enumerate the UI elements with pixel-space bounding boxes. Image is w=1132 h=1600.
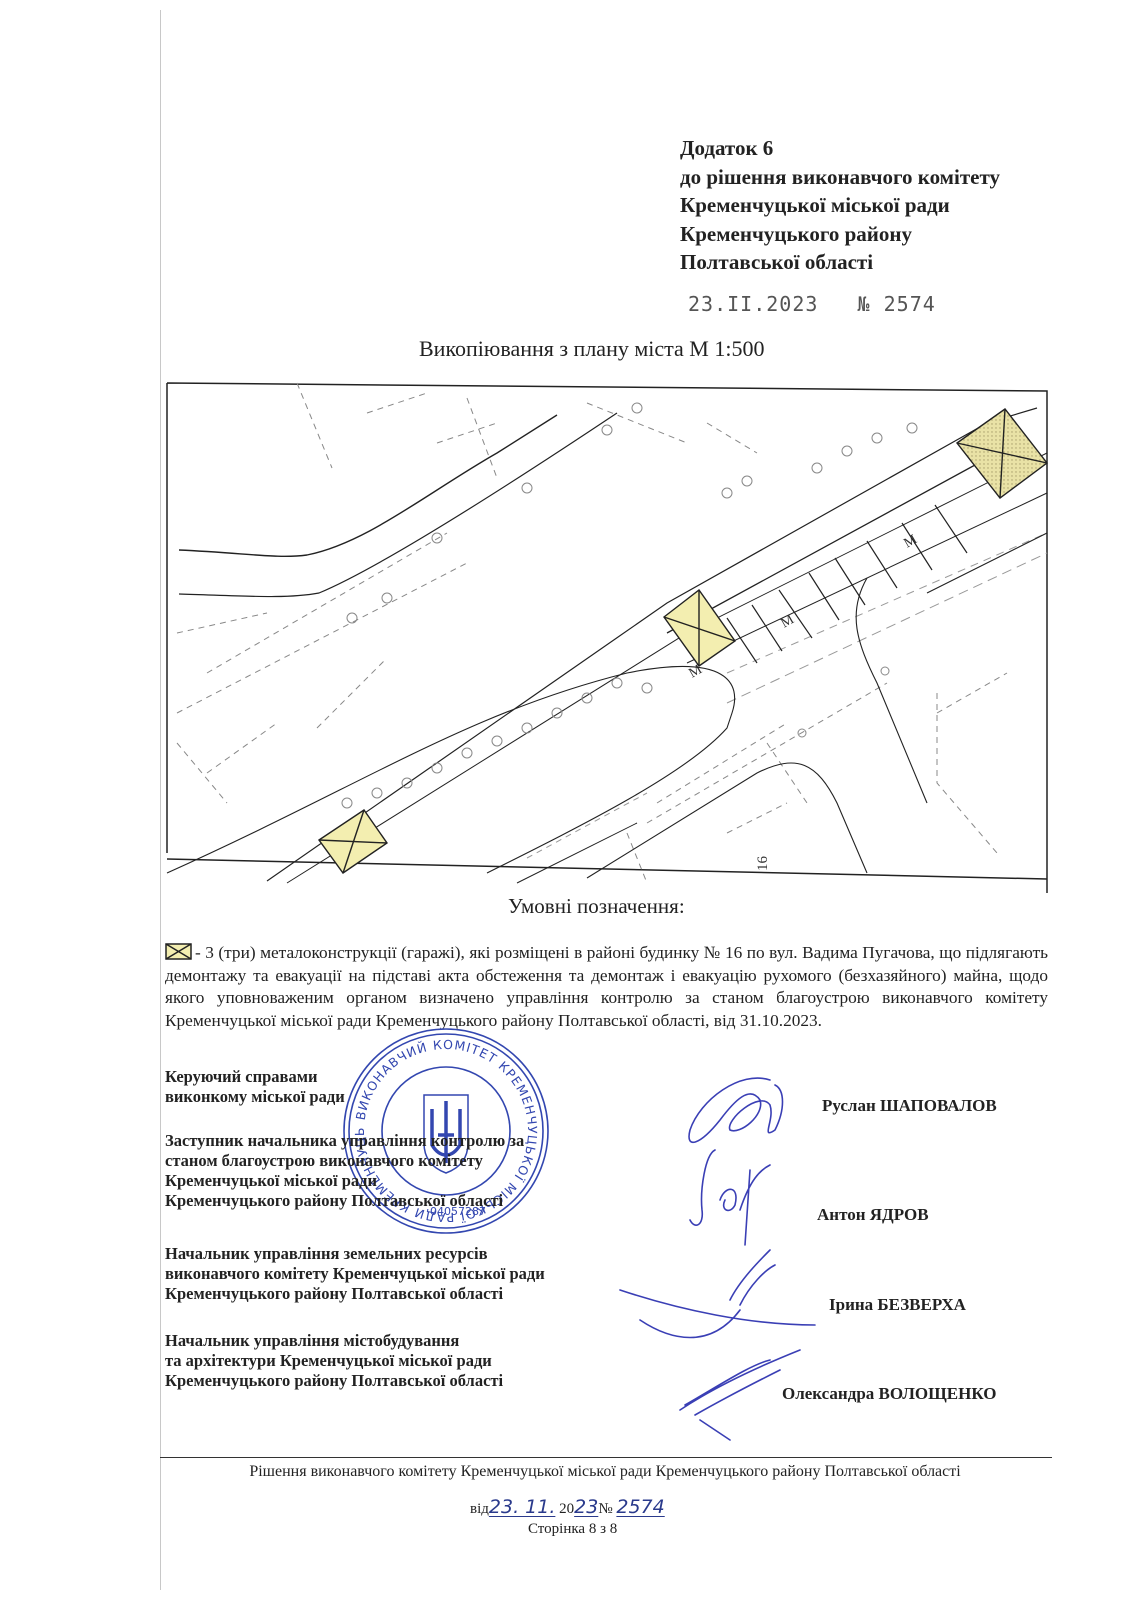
svg-text:16: 16: [755, 856, 771, 872]
signatory-1-position: Керуючий справами виконкому міської ради: [165, 1067, 345, 1107]
signatory-3-name: Ірина БЕЗВЕРХА: [829, 1295, 966, 1315]
svg-text:М: М: [779, 612, 798, 631]
footer-decision-number: від23. 11. 2023№ 2574: [470, 1496, 665, 1518]
appendix-line: Кременчуцького району: [680, 220, 1000, 249]
registration-stamp: 23.II.2023 № 2574: [688, 292, 936, 316]
signature-4: [680, 1350, 800, 1440]
city-plan-drawing: М М М М 16: [167, 383, 1047, 893]
page-number: Сторінка 8 з 8: [528, 1521, 617, 1538]
signatory-4-position: Начальник управління містобудування та а…: [165, 1331, 503, 1391]
handwritten-date: 23. 11.: [489, 1496, 555, 1518]
legend-text: - 3 (три) металоконструкції (гаражі), як…: [165, 943, 1048, 1030]
map-title: Викопіювання з плану міста М 1:500: [419, 336, 764, 362]
footer-divider: [160, 1457, 1052, 1458]
legend-description: - 3 (три) металоконструкції (гаражі), як…: [165, 942, 1048, 1032]
crossed-rectangle-icon: [165, 943, 192, 960]
stamp-number: № 2574: [858, 292, 936, 316]
signature-1: [689, 1078, 782, 1142]
svg-text:М: М: [687, 662, 706, 681]
appendix-line: Кременчуцької міської ради: [680, 191, 1000, 220]
signature-2: [690, 1150, 770, 1245]
signatory-3-position: Начальник управління земельних ресурсів …: [165, 1244, 545, 1304]
appendix-line: Додаток 6: [680, 134, 1000, 163]
appendix-header: Додаток 6 до рішення виконавчого комітет…: [680, 134, 1000, 277]
appendix-line: Полтавської області: [680, 248, 1000, 277]
legend-title: Умовні позначення:: [508, 894, 685, 919]
svg-text:М: М: [902, 532, 921, 551]
handwritten-year: 23: [574, 1496, 598, 1518]
city-plan-map: М М М М 16: [167, 383, 1047, 893]
signatory-2-position: Заступник начальника управління контролю…: [165, 1131, 524, 1211]
stamp-date: 23.II.2023: [688, 292, 818, 316]
appendix-line: до рішення виконавчого комітету: [680, 163, 1000, 192]
handwritten-number: 2574: [616, 1496, 664, 1518]
signatory-1-name: Руслан ШАПОВАЛОВ: [822, 1096, 997, 1116]
handwritten-signatures: [600, 1060, 840, 1440]
signature-3: [620, 1250, 815, 1338]
page-margin-line: [160, 10, 161, 1590]
footer-decision-title: Рішення виконавчого комітету Кременчуцьк…: [165, 1463, 1045, 1481]
